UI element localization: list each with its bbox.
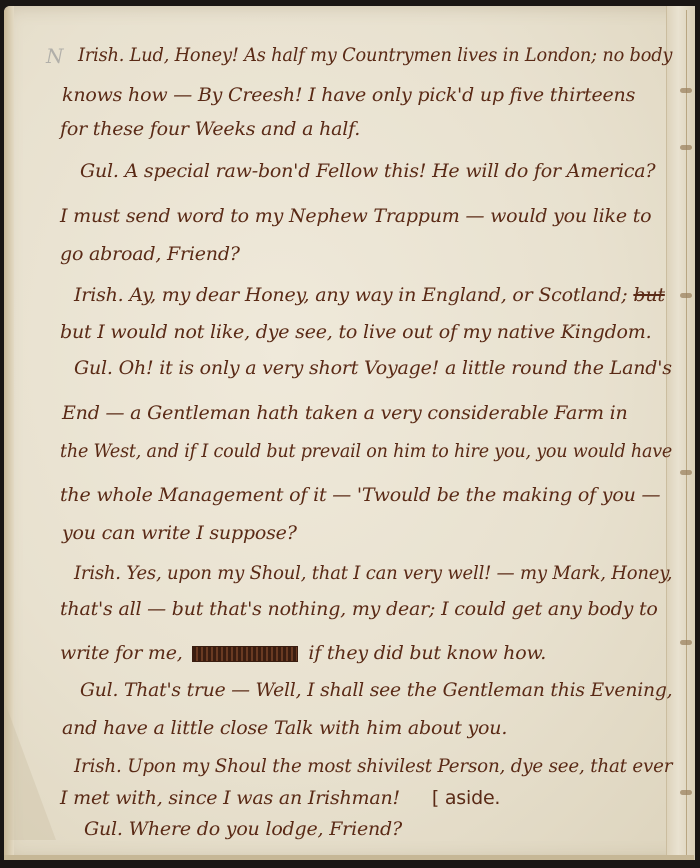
text-line: Gul. A special raw-bon'd Fellow this! He… — [80, 160, 655, 182]
text-line: Gul. Oh! it is only a very short Voyage!… — [74, 357, 672, 379]
line-text: if they did but know how. — [308, 642, 546, 664]
text-line: Gul. That's true — Well, I shall see the… — [80, 679, 672, 701]
binding-gutter — [666, 6, 695, 860]
text-line: End — a Gentleman hath taken a very cons… — [62, 402, 628, 424]
line-text: I met with, since I was an Irishman! — [60, 787, 400, 809]
page-bottom-edge — [4, 855, 694, 860]
text-line: you can write I suppose? — [62, 522, 297, 544]
line-text: Irish. Ay, my dear Honey, any way in Eng… — [74, 284, 628, 306]
folded-corner-shadow — [4, 700, 56, 840]
text-line: that's all — but that's nothing, my dear… — [60, 598, 658, 620]
text-line: but I would not like, dye see, to live o… — [60, 321, 651, 343]
binding-line — [686, 10, 687, 856]
text-line: write for me, if they did but know how. — [60, 642, 546, 664]
line-text: write for me, — [60, 642, 183, 664]
text-line: Gul. Where do you lodge, Friend? — [84, 818, 402, 840]
text-line: Irish. Upon my Shoul the most shivilest … — [74, 755, 672, 777]
text-line: knows how — By Creesh! I have only pick'… — [62, 84, 635, 106]
text-line: Irish. Lud, Honey! As half my Countrymen… — [78, 44, 672, 66]
text-line: Irish. Yes, upon my Shoul, that I can ve… — [74, 562, 672, 584]
text-line: the West, and if I could but prevail on … — [60, 440, 672, 462]
text-line: for these four Weeks and a half. — [60, 118, 360, 140]
text-line: I must send word to my Nephew Trappum — … — [60, 205, 651, 227]
text-line: the whole Management of it — 'Twould be … — [60, 484, 660, 506]
binding-stitch — [680, 145, 692, 150]
binding-stitch — [680, 470, 692, 475]
text-line: Irish. Ay, my dear Honey, any way in Eng… — [74, 284, 665, 306]
pencil-margin-mark: N — [46, 44, 64, 68]
text-line: go abroad, Friend? — [60, 243, 240, 265]
ink-redaction-blot — [192, 646, 298, 662]
binding-stitch — [680, 790, 692, 795]
text-line: and have a little close Talk with him ab… — [62, 717, 507, 739]
struck-word: but — [633, 284, 664, 306]
text-line: I met with, since I was an Irishman! [ a… — [60, 787, 500, 809]
binding-stitch — [680, 640, 692, 645]
binding-stitch — [680, 293, 692, 298]
binding-stitch — [680, 88, 692, 93]
stage-direction: [ aside. — [432, 787, 500, 809]
